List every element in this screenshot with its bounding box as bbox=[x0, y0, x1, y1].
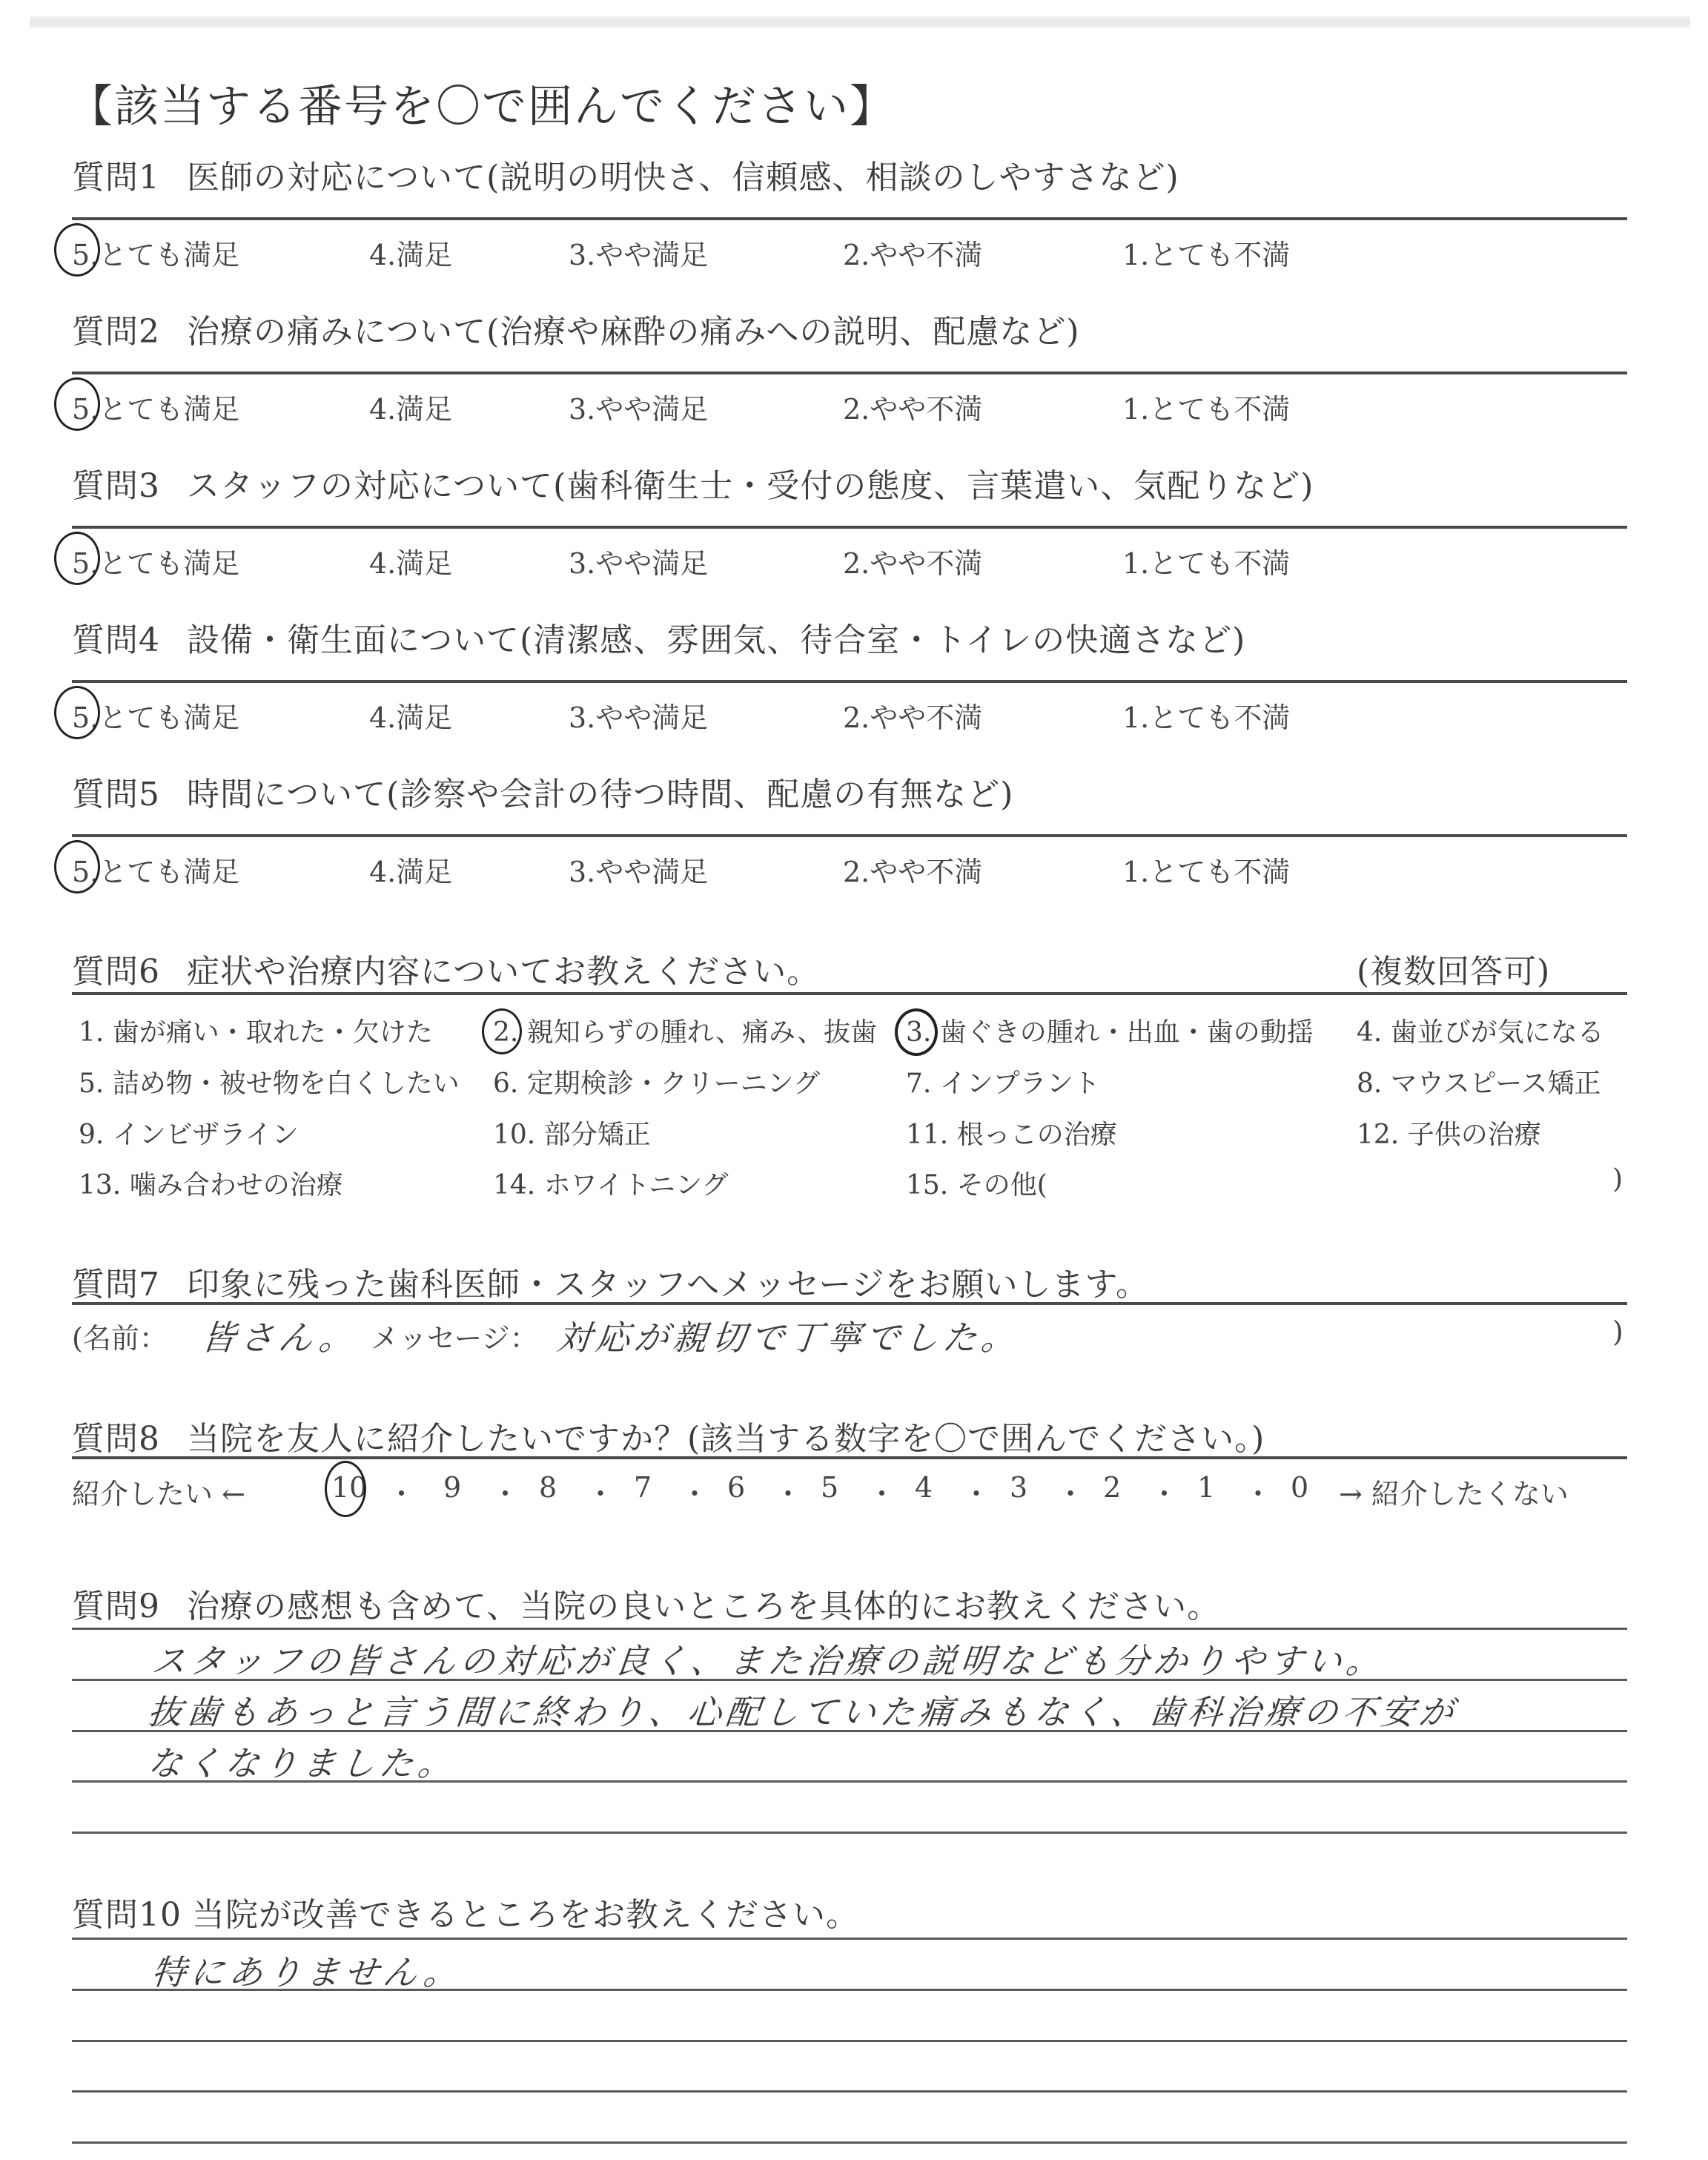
q6-text: 症状や治療内容についてお教えください。 bbox=[187, 953, 820, 991]
q3-label: 質問3 bbox=[72, 467, 160, 505]
q8-scale-separator: ・ bbox=[491, 1471, 520, 1512]
q6-item-8[interactable]: 8. マウスピース矯正 bbox=[1357, 1063, 1601, 1100]
q4-option-3[interactable]: 3.やや満足 bbox=[569, 695, 708, 736]
q7-rule bbox=[72, 1302, 1627, 1305]
q10-label: 質問10 bbox=[72, 1896, 182, 1934]
q8-scale-4[interactable]: 4 bbox=[915, 1471, 933, 1504]
selection-circle-q8-10 bbox=[325, 1461, 366, 1517]
page-title: 【該当する番号を〇で囲んでください】 bbox=[68, 71, 896, 135]
q8-scale-separator: ・ bbox=[962, 1471, 990, 1512]
q10-line-1 bbox=[72, 1938, 1627, 1940]
q4-header: 質問4設備・衛生面について(清潔感、雰囲気、待合室・トイレの快適さなど) bbox=[72, 613, 1245, 661]
q6-item-12[interactable]: 12. 子供の治療 bbox=[1357, 1114, 1541, 1152]
q10-line-4 bbox=[72, 2090, 1627, 2093]
q6-item-3[interactable]: 3. 歯ぐきの腫れ・出血・歯の動揺 bbox=[906, 1011, 1314, 1049]
scan-top-edge bbox=[30, 16, 1690, 28]
q8-header: 質問8当院を友人に紹介したいですか？(該当する数字を〇で囲んでください。) bbox=[72, 1412, 1265, 1459]
q1-text: 医師の対応について(説明の明快さ、信頼感、相談のしやすさなど) bbox=[187, 159, 1179, 196]
q8-scale-1[interactable]: 1 bbox=[1197, 1471, 1215, 1504]
q4-label: 質問4 bbox=[72, 621, 160, 659]
q8-scale-9[interactable]: 9 bbox=[443, 1471, 461, 1504]
q10-header: 質問10当院が改善できるところをお教えください。 bbox=[72, 1888, 859, 1935]
q3-option-2[interactable]: 2.やや不満 bbox=[843, 541, 982, 581]
q6-note: (複数回答可) bbox=[1357, 945, 1550, 992]
q2-text: 治療の痛みについて(治療や麻酔の痛みへの説明、配慮など) bbox=[187, 313, 1080, 351]
q7-name-label: (名前： bbox=[72, 1315, 168, 1356]
q8-scale-separator: ・ bbox=[868, 1471, 896, 1512]
selection-circle-q1 bbox=[54, 223, 100, 277]
q2-option-4[interactable]: 4.満足 bbox=[369, 386, 452, 427]
q7-name-input[interactable]: 皆さん。 bbox=[199, 1311, 361, 1360]
selection-circle-q2 bbox=[54, 377, 100, 431]
q3-header: 質問3スタッフの対応について(歯科衛生士・受付の態度、言葉遣い、気配りなど) bbox=[72, 459, 1314, 506]
q5-header: 質問5時間について(診察や会計の待つ時間、配慮の有無など) bbox=[72, 767, 1013, 815]
q1-option-3[interactable]: 3.やや満足 bbox=[569, 232, 708, 273]
q4-option-1[interactable]: 1.とても不満 bbox=[1122, 695, 1290, 736]
q9-line-5 bbox=[72, 1832, 1627, 1834]
q2-option-2[interactable]: 2.やや不満 bbox=[843, 386, 982, 427]
q6-item-5[interactable]: 5. 詰め物・被せ物を白くしたい bbox=[79, 1063, 460, 1100]
q2-rule bbox=[72, 371, 1627, 374]
q9-answer-line-3[interactable]: なくなりました。 bbox=[146, 1737, 460, 1786]
q5-text: 時間について(診察や会計の待つ時間、配慮の有無など) bbox=[187, 776, 1013, 813]
q7-header: 質問7印象に残った歯科医師・スタッフへメッセージをお願いします。 bbox=[72, 1258, 1149, 1305]
selection-circle-q5 bbox=[54, 840, 100, 894]
q8-scale-separator: ・ bbox=[681, 1471, 709, 1512]
selection-circle-q4 bbox=[54, 686, 100, 739]
q6-item-10[interactable]: 10. 部分矯正 bbox=[493, 1114, 651, 1152]
q5-label: 質問5 bbox=[72, 776, 160, 813]
selection-circle-q6-3 bbox=[895, 1008, 938, 1056]
q6-item-15[interactable]: 15. その他( bbox=[906, 1164, 1047, 1202]
q2-header: 質問2治療の痛みについて(治療や麻酔の痛みへの説明、配慮など) bbox=[72, 305, 1080, 352]
q7-label: 質問7 bbox=[72, 1266, 160, 1304]
q1-option-2[interactable]: 2.やや不満 bbox=[843, 232, 982, 273]
q5-option-3[interactable]: 3.やや満足 bbox=[569, 849, 708, 890]
q1-label: 質問1 bbox=[72, 159, 160, 196]
q6-item-14[interactable]: 14. ホワイトニング bbox=[493, 1164, 728, 1202]
q9-answer-line-1[interactable]: スタッフの皆さんの対応が良く、また治療の説明なども分かりやすい。 bbox=[150, 1634, 1388, 1683]
q3-option-4[interactable]: 4.満足 bbox=[369, 541, 452, 581]
q8-right-label: → 紹介したくない bbox=[1339, 1471, 1569, 1512]
q8-rule bbox=[72, 1456, 1627, 1459]
q7-close-paren: ) bbox=[1612, 1315, 1623, 1348]
q8-scale-3[interactable]: 3 bbox=[1010, 1471, 1027, 1504]
q3-rule bbox=[72, 526, 1627, 529]
q1-rule bbox=[72, 217, 1627, 220]
q8-scale-0[interactable]: 0 bbox=[1291, 1471, 1308, 1504]
q8-scale-separator: ・ bbox=[1244, 1471, 1272, 1512]
q8-scale-6[interactable]: 6 bbox=[727, 1471, 745, 1504]
q7-message-input[interactable]: 対応が親切で丁寧でした。 bbox=[555, 1311, 1023, 1360]
q8-text: 当院を友人に紹介したいですか？(該当する数字を〇で囲んでください。) bbox=[187, 1420, 1265, 1458]
q3-text: スタッフの対応について(歯科衛生士・受付の態度、言葉遣い、気配りなど) bbox=[187, 467, 1314, 505]
q8-scale-7[interactable]: 7 bbox=[634, 1471, 652, 1504]
q10-line-3 bbox=[72, 2040, 1627, 2042]
q7-message-label: メッセージ： bbox=[371, 1315, 538, 1356]
q9-label: 質問9 bbox=[72, 1588, 160, 1625]
q6-label: 質問6 bbox=[72, 953, 160, 991]
selection-circle-q6-2 bbox=[482, 1008, 522, 1054]
q6-header: 質問6症状や治療内容についてお教えください。 bbox=[72, 945, 820, 992]
q10-line-5 bbox=[72, 2141, 1627, 2144]
q6-item-7[interactable]: 7. インプラント bbox=[906, 1063, 1100, 1100]
q6-item-13[interactable]: 13. 噛み合わせの治療 bbox=[79, 1164, 343, 1202]
q6-other-close-paren: ) bbox=[1612, 1164, 1623, 1195]
q6-item-4[interactable]: 4. 歯並びが気になる bbox=[1357, 1011, 1604, 1049]
q1-header: 質問1医師の対応について(説明の明快さ、信頼感、相談のしやすさなど) bbox=[72, 151, 1179, 198]
q9-header: 質問9治療の感想も含めて、当院の良いところを具体的にお教えください。 bbox=[72, 1579, 1220, 1627]
q5-option-2[interactable]: 2.やや不満 bbox=[843, 849, 982, 890]
q3-option-1[interactable]: 1.とても不満 bbox=[1122, 541, 1290, 581]
q8-label: 質問8 bbox=[72, 1420, 160, 1458]
q9-text: 治療の感想も含めて、当院の良いところを具体的にお教えください。 bbox=[187, 1588, 1220, 1625]
q2-option-1[interactable]: 1.とても不満 bbox=[1122, 386, 1290, 427]
q7-text: 印象に残った歯科医師・スタッフへメッセージをお願いします。 bbox=[187, 1266, 1149, 1304]
selection-circle-q3 bbox=[54, 532, 100, 585]
q5-rule bbox=[72, 834, 1627, 837]
q10-answer-line-1[interactable]: 特にありません。 bbox=[150, 1946, 466, 1995]
q6-item-1[interactable]: 1. 歯が痛い・取れた・欠けた bbox=[79, 1011, 433, 1049]
q4-rule bbox=[72, 680, 1627, 683]
q8-left-label: 紹介したい ← bbox=[72, 1471, 245, 1512]
q1-option-4[interactable]: 4.満足 bbox=[369, 232, 452, 273]
q6-item-6[interactable]: 6. 定期検診・クリーニング bbox=[493, 1063, 820, 1100]
q4-option-4[interactable]: 4.満足 bbox=[369, 695, 452, 736]
q8-scale-5[interactable]: 5 bbox=[821, 1471, 838, 1504]
q8-scale-2[interactable]: 2 bbox=[1103, 1471, 1121, 1504]
q6-item-9[interactable]: 9. インビザライン bbox=[79, 1114, 299, 1152]
q9-answer-line-2[interactable]: 抜歯もあっと言う間に終わり、心配していた痛みもなく、歯科治療の不安が bbox=[146, 1685, 1461, 1734]
q3-option-3[interactable]: 3.やや満足 bbox=[569, 541, 708, 581]
q4-option-2[interactable]: 2.やや不満 bbox=[843, 695, 982, 736]
q1-option-1[interactable]: 1.とても不満 bbox=[1122, 232, 1290, 273]
q6-item-2[interactable]: 2. 親知らずの腫れ、痛み、抜歯 bbox=[493, 1011, 877, 1049]
q8-scale-separator: ・ bbox=[586, 1471, 615, 1512]
q6-item-11[interactable]: 11. 根っこの治療 bbox=[906, 1114, 1117, 1152]
q10-text: 当院が改善できるところをお教えください。 bbox=[192, 1896, 859, 1934]
q2-label: 質問2 bbox=[72, 313, 160, 351]
q8-scale-separator: ・ bbox=[774, 1471, 802, 1512]
q5-option-4[interactable]: 4.満足 bbox=[369, 849, 452, 890]
q5-option-1[interactable]: 1.とても不満 bbox=[1122, 849, 1290, 890]
q8-scale-separator: ・ bbox=[388, 1471, 416, 1512]
q4-text: 設備・衛生面について(清潔感、雰囲気、待合室・トイレの快適さなど) bbox=[187, 621, 1245, 659]
q8-scale-separator: ・ bbox=[1151, 1471, 1179, 1512]
q2-option-3[interactable]: 3.やや満足 bbox=[569, 386, 708, 427]
q9-line-1 bbox=[72, 1628, 1627, 1630]
q6-rule bbox=[72, 992, 1627, 995]
q8-scale-separator: ・ bbox=[1056, 1471, 1085, 1512]
q8-scale-8[interactable]: 8 bbox=[539, 1471, 557, 1504]
